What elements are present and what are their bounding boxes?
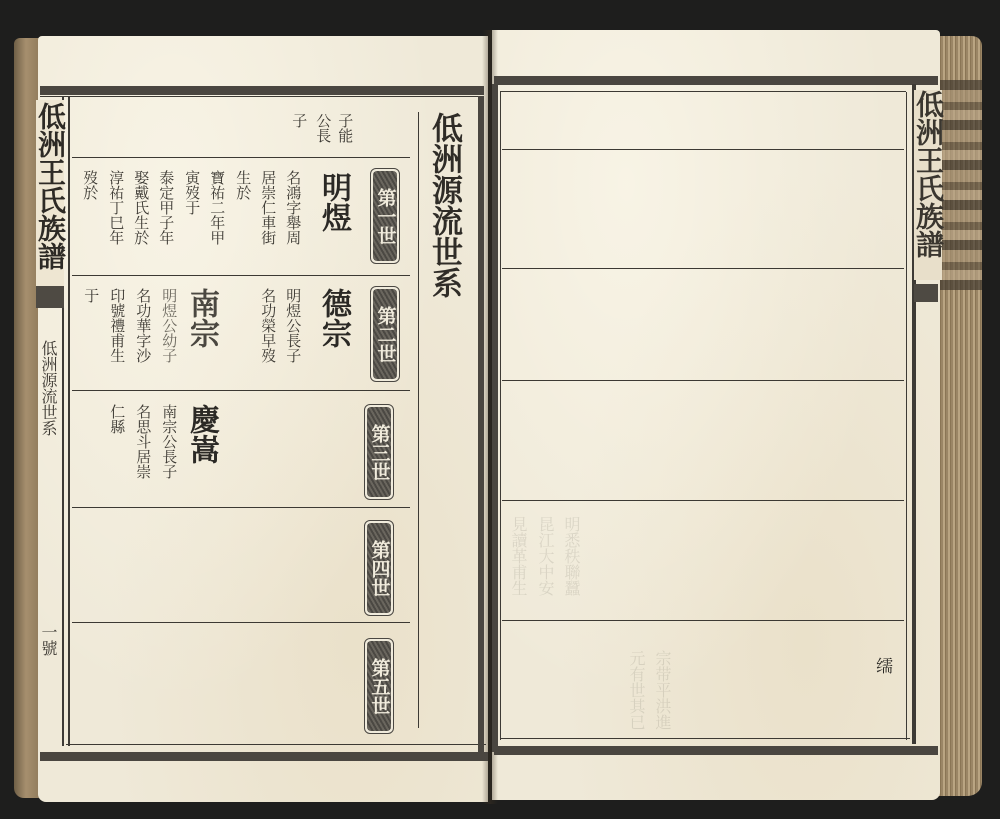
- gen3-note-1: 南宗公長子: [160, 404, 177, 479]
- gen2-note-1: 明煜公長子: [284, 288, 301, 363]
- gen1-note-8: 淳祐丁巳年: [107, 170, 124, 245]
- person-name-dezong: 德宗: [318, 288, 348, 348]
- right-top-inner-rule: [500, 91, 906, 92]
- right-page-footer-char: 𦈡: [876, 652, 893, 677]
- bleed-through-text: 見讀革甫生: [510, 516, 526, 596]
- gen2b-note-2: 名功華字沙: [134, 288, 151, 363]
- person-name-mingyu: 明煜: [318, 172, 348, 232]
- generation-badge-1: 第一世: [370, 168, 400, 264]
- generation-badge-2-label: 第二世: [373, 289, 397, 379]
- bleed-through-text: 昆江大中安: [537, 516, 553, 596]
- generation-badge-1-label: 第一世: [373, 171, 397, 261]
- row-divider-2: [72, 275, 410, 276]
- left-margin-rule-inner: [68, 96, 70, 746]
- bleed-through-text: 元有世其已: [628, 650, 644, 730]
- gen1-note-9: 歿於: [81, 170, 98, 200]
- bleed-through-text: 明悉秩聯蠶: [563, 516, 579, 596]
- left-margin-page-number: 一號: [40, 624, 56, 656]
- left-bottom-inner-rule: [66, 744, 486, 745]
- row-divider-3: [72, 390, 410, 391]
- top-note-col-3: 子: [290, 113, 307, 128]
- generation-badge-4: 第四世: [364, 520, 394, 616]
- bleed-through-text: 宗带平洪進: [654, 650, 670, 730]
- left-title-column-rule: [418, 112, 419, 728]
- right-row-divider-1: [502, 149, 904, 150]
- gen3-note-2: 名思斗居崇: [134, 404, 151, 479]
- row-divider-5: [72, 622, 410, 623]
- gen1-note-6: 泰定甲子年: [157, 170, 174, 245]
- right-row-divider-3: [502, 380, 904, 381]
- generation-badge-5: 第五世: [364, 638, 394, 734]
- right-left-rule: [500, 92, 501, 740]
- gen1-note-7: 娶戴氏生於: [132, 170, 149, 245]
- gen2-note-2: 名功榮早歿: [259, 288, 276, 363]
- right-row-divider-4: [502, 500, 904, 501]
- left-top-border: [40, 86, 484, 95]
- generation-badge-3: 第三世: [364, 404, 394, 500]
- gen1-note-2: 居崇仁車街: [259, 170, 276, 245]
- gen2b-note-4: 于: [82, 288, 99, 303]
- right-spine-title: 低洲王氏族譜: [914, 90, 942, 280]
- gen1-note-1: 名鴻字舉周: [284, 170, 301, 245]
- right-margin-rule-inner: [906, 92, 907, 740]
- right-row-divider-2: [502, 268, 904, 269]
- right-bottom-inner-rule: [500, 738, 910, 739]
- gen2b-note-1: 明煜公幼子: [160, 288, 177, 363]
- left-margin-section-label: 低洲源流世系: [40, 340, 56, 436]
- section-title: 低洲源流世系: [428, 112, 459, 298]
- gen1-note-5: 寅歿于: [183, 170, 200, 215]
- right-page: [492, 30, 940, 800]
- right-top-border: [494, 76, 938, 85]
- generation-badge-4-label: 第四世: [367, 523, 391, 613]
- row-divider-1: [72, 157, 410, 158]
- generation-badge-2: 第二世: [370, 286, 400, 382]
- left-bottom-border: [40, 752, 488, 761]
- right-row-divider-5: [502, 620, 904, 621]
- left-page: [38, 36, 488, 802]
- row-divider-4: [72, 507, 410, 508]
- gen2b-note-3: 印號禮甫生: [108, 288, 125, 363]
- gen3-note-3: 仁縣: [108, 404, 125, 434]
- left-spine-title-block: [36, 286, 64, 308]
- person-name-qingsong: 慶嵩: [186, 404, 216, 464]
- person-name-nanzong: 南宗: [186, 288, 216, 348]
- top-note-col-2: 公長: [314, 113, 331, 143]
- right-bottom-border: [494, 746, 938, 755]
- left-spine-title: 低洲王氏族譜: [36, 100, 64, 294]
- gen1-note-4: 寶祐二年甲: [208, 170, 225, 245]
- left-top-inner-rule: [40, 96, 484, 97]
- gen1-note-3: 生於: [234, 170, 251, 200]
- generation-badge-3-label: 第三世: [367, 407, 391, 497]
- left-inner-spine-border: [478, 96, 484, 756]
- top-note-col-1: 子能: [336, 113, 353, 143]
- right-spine-title-block: [914, 284, 938, 302]
- right-inner-spine-border: [492, 84, 498, 752]
- generation-badge-5-label: 第五世: [367, 641, 391, 731]
